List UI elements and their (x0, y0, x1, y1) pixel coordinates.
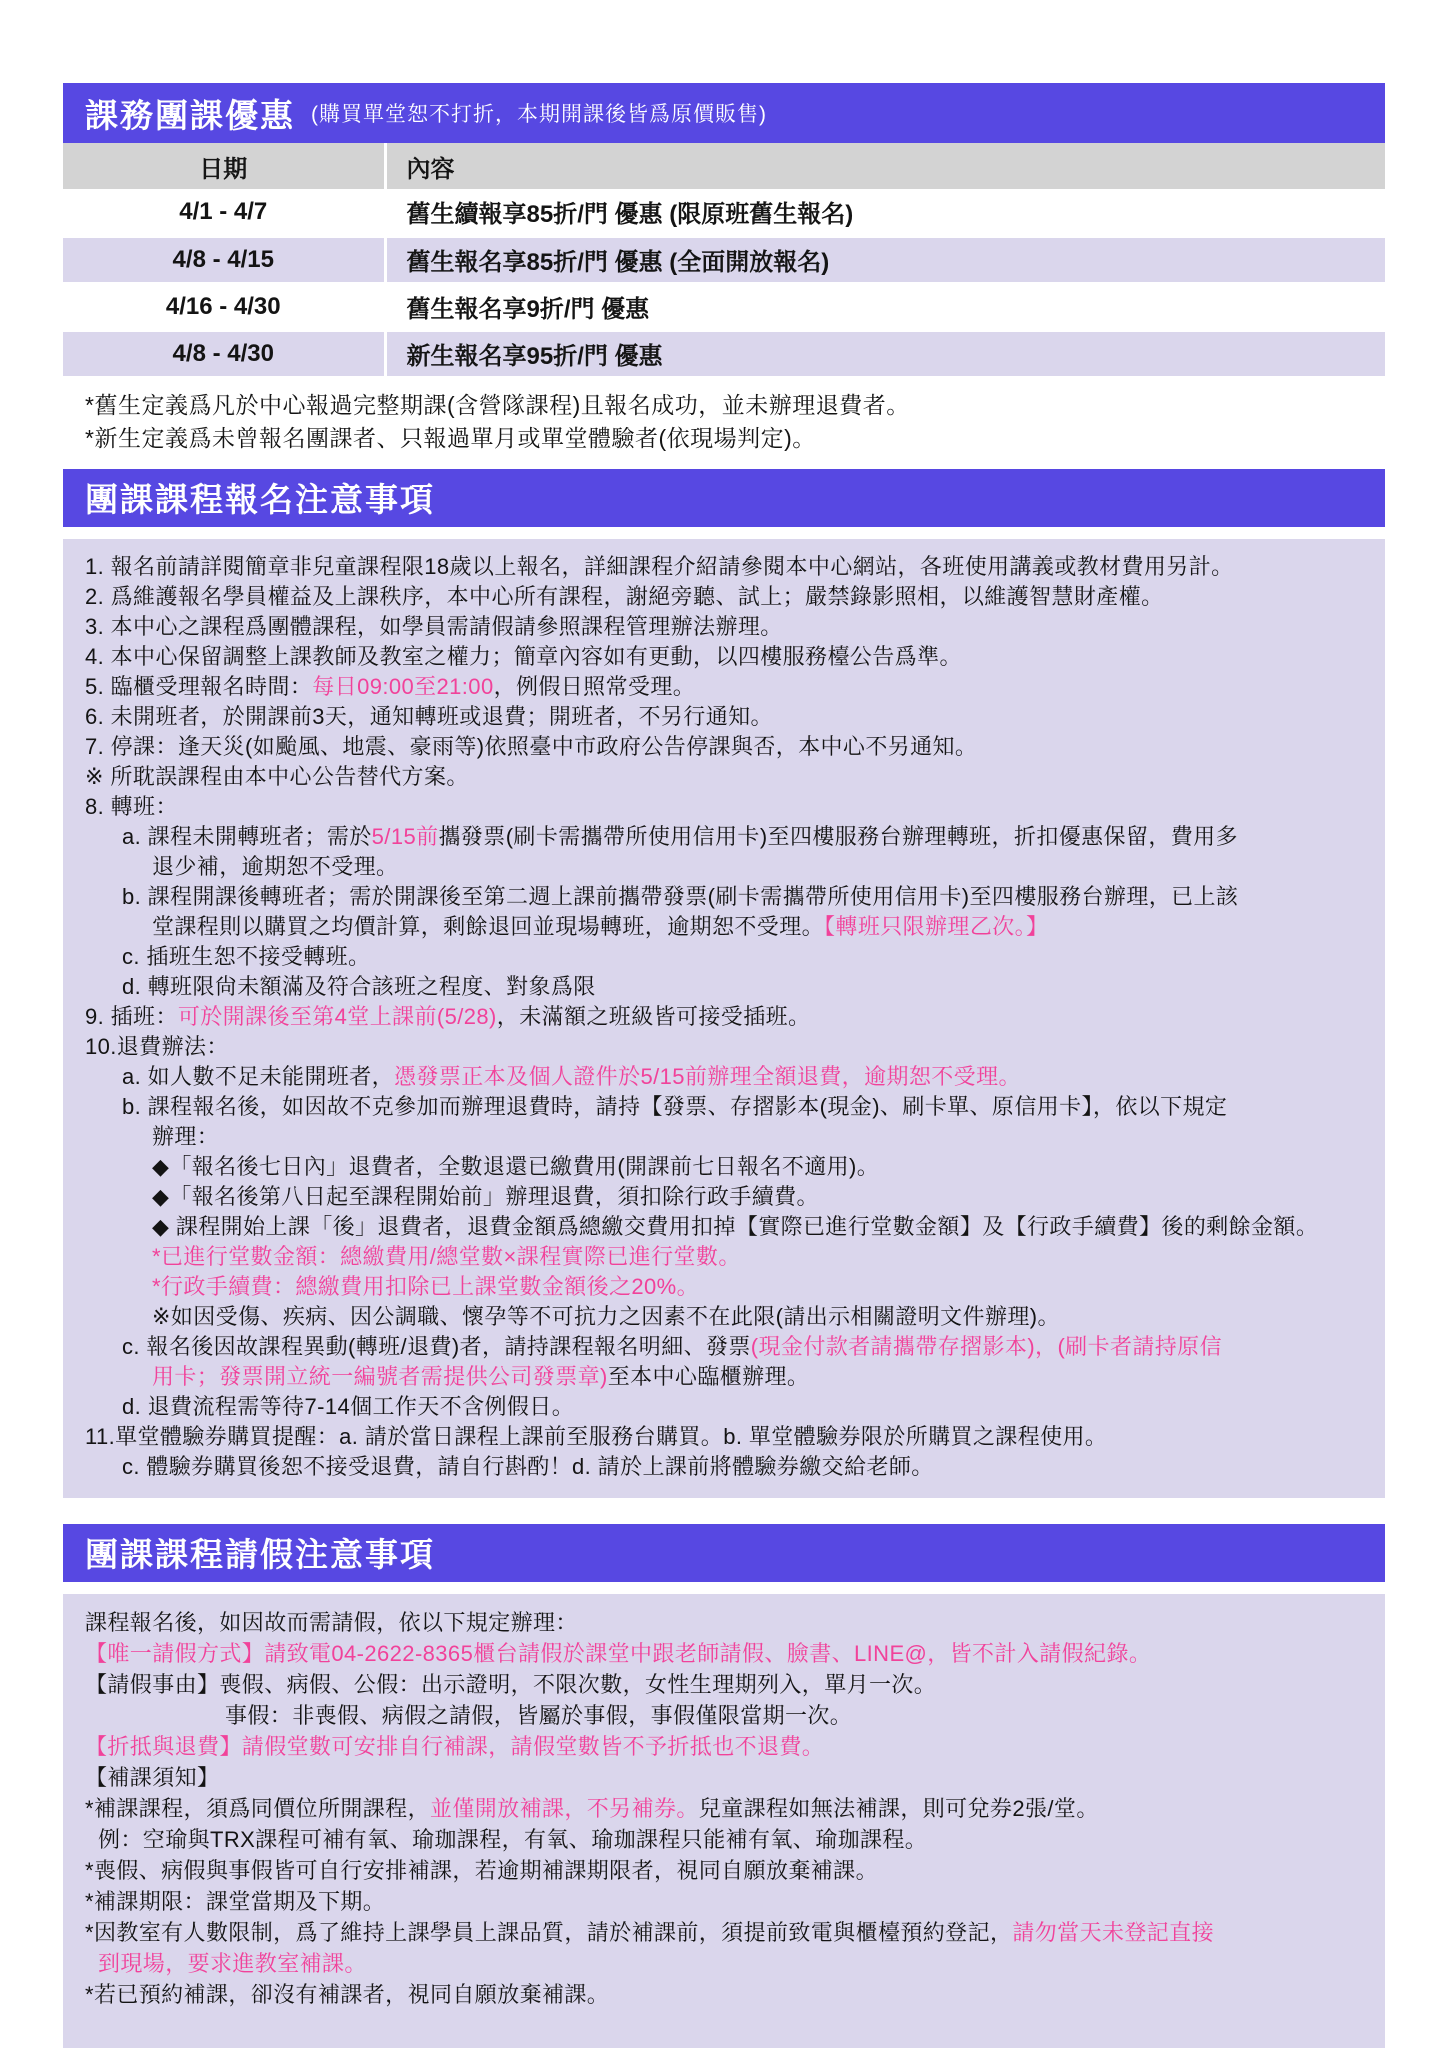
notice-line: 6. 未開班者，於開課前3天，通知轉班或退費；開班者，不另行通知。 (85, 702, 1365, 732)
promo-header: 課務團課優惠 (購買單堂恕不打折，本期開課後皆爲原價販售) (63, 83, 1385, 143)
notice-text: 課程報名後，如因故而需請假，依以下規定辦理： (85, 1610, 578, 1635)
notice-text: 7. 停課：逢天災(如颱風、地震、豪雨等)依照臺中市政府公告停課與否，本中心不另… (85, 734, 977, 759)
notice-line: c. 報名後因故課程異動(轉班/退費)者，請持課程報名明細、發票(現金付款者請攜… (85, 1332, 1365, 1362)
notice-text: 3. 本中心之課程爲團體課程，如學員需請假請參照課程管理辦法辦理。 (85, 614, 783, 639)
highlighted-text: 用卡；發票開立統一編號者需提供公司發票章) (152, 1364, 608, 1389)
promo-subtitle: (購買單堂恕不打折，本期開課後皆爲原價販售) (311, 98, 767, 128)
content-cell: 舊生報名享85折/門 優惠 (全面開放報名) (385, 236, 1385, 283)
notice-text: 11.單堂體驗券購買提醒：a. 請於當日課程上課前至服務台購買。b. 單堂體驗券… (85, 1424, 1107, 1449)
notice-text: 攜發票(刷卡需攜帶所使用信用卡)至四樓服務台辦理轉班，折扣優惠保留，費用多 (439, 824, 1238, 849)
notice-line: 4. 本中心保留調整上課教師及教室之權力；簡章內容如有更動，以四樓服務檯公告爲準… (85, 642, 1365, 672)
notice-line: 5. 臨櫃受理報名時間：每日09:00至21:00，例假日照常受理。 (85, 672, 1365, 702)
content-cell: 舊生報名享9折/門 優惠 (385, 283, 1385, 330)
notice-line: a. 課程未開轉班者；需於5/15前攜發票(刷卡需攜帶所使用信用卡)至四樓服務台… (85, 822, 1365, 852)
promo-table-body: 4/1 - 4/7舊生續報享85折/門 優惠 (限原班舊生報名)4/8 - 4/… (63, 189, 1385, 377)
notice-line: *因教室有人數限制，爲了維持上課學員上課品質，請於補課前，須提前致電與櫃檯預約登… (85, 1917, 1365, 1948)
notice-text: ◆ 課程開始上課「後」退費者，退費金額爲總繳交費用扣掉【實際已進行堂數金額】及【… (152, 1214, 1318, 1239)
notice-text: c. 報名後因故課程異動(轉班/退費)者，請持課程報名明細、發票 (122, 1334, 751, 1359)
table-header-content: 內容 (385, 143, 1385, 189)
notice-text: a. 課程未開轉班者；需於 (122, 824, 372, 849)
notice-line: *已進行堂數金額：總繳費用/總堂數×課程實際已進行堂數。 (85, 1242, 1365, 1272)
notice-text: d. 轉班限尙未額滿及符合該班之程度、對象爲限 (122, 974, 596, 999)
highlighted-text: 【轉班只限辦理乙次。】 (824, 914, 1048, 939)
notice-text: ◆「報名後七日內」退費者，全數退還已繳費用(開課前七日報名不適用)。 (152, 1154, 879, 1179)
notice-line: 1. 報名前請詳閱簡章非兒童課程限18歲以上報名，詳細課程介紹請參閱本中心網站，… (85, 552, 1365, 582)
leave-header: 團課課程請假注意事項 (63, 1524, 1385, 1582)
notice-line: 用卡；發票開立統一編號者需提供公司發票章)至本中心臨櫃辦理。 (85, 1362, 1365, 1392)
promo-title: 課務團課優惠 (85, 90, 295, 137)
notice-line: 課程報名後，如因故而需請假，依以下規定辦理： (85, 1607, 1365, 1638)
date-cell: 4/8 - 4/15 (63, 236, 385, 283)
notice-text: 2. 爲維護報名學員權益及上課秩序，本中心所有課程，謝絕旁聽、試上；嚴禁錄影照相… (85, 584, 1163, 609)
notice-text: *補課期限：課堂當期及下期。 (85, 1889, 385, 1914)
notice-text: 6. 未開班者，於開課前3天，通知轉班或退費；開班者，不另行通知。 (85, 704, 773, 729)
notice-text: c. 插班生恕不接受轉班。 (122, 944, 370, 969)
table-header-date: 日期 (63, 143, 385, 189)
notice-text: 8. 轉班： (85, 794, 178, 819)
notice-text: b. 課程報名後，如因故不克參加而辦理退費時，請持【發票、存摺影本(現金)、刷卡… (122, 1094, 1227, 1119)
notice-text: ，未滿額之班級皆可接受插班。 (497, 1004, 811, 1029)
notice-text: 5. 臨櫃受理報名時間： (85, 674, 312, 699)
highlighted-text: 可於開課後至第4堂上課前(5/28) (178, 1004, 497, 1029)
content-cell: 新生報名享95折/門 優惠 (385, 330, 1385, 377)
footnote: *新生定義爲未曾報名團課者、只報過單月或單堂體驗者(依現場判定)。 (85, 422, 1385, 455)
notice-text: 【請假事由】喪假、病假、公假：出示證明，不限次數，女性生理期列入，單月一次。 (85, 1672, 936, 1697)
notice-line: *若已預約補課，卻沒有補課者，視同自願放棄補課。 (85, 1979, 1365, 2010)
table-header-row: 日期 內容 (63, 143, 1385, 189)
notice-text: a. 如人數不足未能開班者， (122, 1064, 394, 1089)
notice-line: d. 轉班限尙未額滿及符合該班之程度、對象爲限 (85, 972, 1365, 1002)
table-row: 4/16 - 4/30舊生報名享9折/門 優惠 (63, 283, 1385, 330)
notice-line: *補課課程，須爲同價位所開課程，並僅開放補課，不另補券。兒童課程如無法補課，則可… (85, 1793, 1365, 1824)
registration-header: 團課課程報名注意事項 (63, 469, 1385, 527)
notice-text: *因教室有人數限制，爲了維持上課學員上課品質，請於補課前，須提前致電與櫃檯預約登… (85, 1920, 1012, 1945)
notice-text: *若已預約補課，卻沒有補課者，視同自願放棄補課。 (85, 1982, 609, 2007)
notice-text: 兒童課程如無法補課，則可兌券2張/堂。 (699, 1796, 1099, 1821)
table-row: 4/1 - 4/7舊生續報享85折/門 優惠 (限原班舊生報名) (63, 189, 1385, 236)
promo-table: 日期 內容 4/1 - 4/7舊生續報享85折/門 優惠 (限原班舊生報名)4/… (63, 143, 1385, 379)
notice-line: 2. 爲維護報名學員權益及上課秩序，本中心所有課程，謝絕旁聽、試上；嚴禁錄影照相… (85, 582, 1365, 612)
notice-text: 9. 插班： (85, 1004, 178, 1029)
notice-line: 【唯一請假方式】請致電04-2622-8365櫃台請假於課堂中跟老師請假、臉書、… (85, 1638, 1365, 1669)
notice-line: ※ 所耽誤課程由本中心公告替代方案。 (85, 762, 1365, 792)
notice-line: ※如因受傷、疾病、因公調職、懷孕等不可抗力之因素不在此限(請出示相關證明文件辦理… (85, 1302, 1365, 1332)
notice-text: ※ 所耽誤課程由本中心公告替代方案。 (85, 764, 469, 789)
notice-text: ◆「報名後第八日起至課程開始前」辦理退費，須扣除行政手續費。 (152, 1184, 819, 1209)
leave-title: 團課課程請假注意事項 (85, 1529, 435, 1576)
notice-line: 10.退費辦法： (85, 1032, 1365, 1062)
table-row: 4/8 - 4/30新生報名享95折/門 優惠 (63, 330, 1385, 377)
notice-line: *行政手續費：總繳費用扣除已上課堂數金額後之20%。 (85, 1272, 1365, 1302)
highlighted-text: 並僅開放補課，不另補券。 (430, 1796, 699, 1821)
notice-text: 10.退費辦法： (85, 1034, 229, 1059)
promo-footnotes: *舊生定義爲凡於中心報過完整期課(含營隊課程)且報名成功，並未辦理退費者。*新生… (63, 379, 1385, 455)
notice-line: 3. 本中心之課程爲團體課程，如學員需請假請參照課程管理辦法辦理。 (85, 612, 1365, 642)
highlighted-text: 【唯一請假方式】請致電04-2622-8365櫃台請假於課堂中跟老師請假、臉書、… (85, 1641, 1151, 1666)
highlighted-text: 憑發票正本及個人證件於5/15前辦理全額退費，逾期恕不受理。 (394, 1064, 1021, 1089)
highlighted-text: *已進行堂數金額：總繳費用/總堂數×課程實際已進行堂數。 (152, 1244, 741, 1269)
footnote: *舊生定義爲凡於中心報過完整期課(含營隊課程)且報名成功，並未辦理退費者。 (85, 389, 1385, 422)
notice-line: ◆「報名後七日內」退費者，全數退還已繳費用(開課前七日報名不適用)。 (85, 1152, 1365, 1182)
notice-text: ※如因受傷、疾病、因公調職、懷孕等不可抗力之因素不在此限(請出示相關證明文件辦理… (152, 1304, 1060, 1329)
notice-line: a. 如人數不足未能開班者，憑發票正本及個人證件於5/15前辦理全額退費，逾期恕… (85, 1062, 1365, 1092)
registration-title: 團課課程報名注意事項 (85, 474, 435, 521)
notice-text: b. 課程開課後轉班者；需於開課後至第二週上課前攜帶發票(刷卡需攜帶所使用信用卡… (122, 884, 1238, 909)
course-notice-document: 課務團課優惠 (購買單堂恕不打折，本期開課後皆爲原價販售) 日期 內容 4/1 … (0, 0, 1448, 2048)
notice-line: 【補課須知】 (85, 1762, 1365, 1793)
notice-line: 【請假事由】喪假、病假、公假：出示證明，不限次數，女性生理期列入，單月一次。 (85, 1669, 1365, 1700)
notice-line: c. 體驗券購買後恕不接受退費，請自行斟酌！d. 請於上課前將體驗券繳交給老師。 (85, 1452, 1365, 1482)
notice-line: 8. 轉班： (85, 792, 1365, 822)
notice-line: c. 插班生恕不接受轉班。 (85, 942, 1365, 972)
registration-notes: 1. 報名前請詳閱簡章非兒童課程限18歲以上報名，詳細課程介紹請參閱本中心網站，… (63, 539, 1385, 1498)
notice-line: 退少補，逾期恕不受理。 (85, 852, 1365, 882)
leave-notes: 課程報名後，如因故而需請假，依以下規定辦理：【唯一請假方式】請致電04-2622… (63, 1594, 1385, 2048)
notice-line: 【折抵與退費】請假堂數可安排自行補課，請假堂數皆不予折抵也不退費。 (85, 1731, 1365, 1762)
notice-text: 4. 本中心保留調整上課教師及教室之權力；簡章內容如有更動，以四樓服務檯公告爲準… (85, 644, 962, 669)
notice-text: c. 體驗券購買後恕不接受退費，請自行斟酌！d. 請於上課前將體驗券繳交給老師。 (122, 1454, 934, 1479)
notice-text: *喪假、病假與事假皆可自行安排補課，若逾期補課期限者，視同自願放棄補課。 (85, 1858, 878, 1883)
notice-line: d. 退費流程需等待7-14個工作天不含例假日。 (85, 1392, 1365, 1422)
highlighted-text: (現金付款者請攜帶存摺影本)，(刷卡者請持原信 (751, 1334, 1222, 1359)
notice-line: 辦理： (85, 1122, 1365, 1152)
notice-line: 7. 停課：逢天災(如颱風、地震、豪雨等)依照臺中市政府公告停課與否，本中心不另… (85, 732, 1365, 762)
highlighted-text: 請勿當天未登記直接 (1012, 1920, 1214, 1945)
notice-line: ◆ 課程開始上課「後」退費者，退費金額爲總繳交費用扣掉【實際已進行堂數金額】及【… (85, 1212, 1365, 1242)
notice-text: ，例假日照常受理。 (494, 674, 696, 699)
notice-text: 【補課須知】 (85, 1765, 219, 1790)
content-cell: 舊生續報享85折/門 優惠 (限原班舊生報名) (385, 189, 1385, 236)
notice-line: *喪假、病假與事假皆可自行安排補課，若逾期補課期限者，視同自願放棄補課。 (85, 1855, 1365, 1886)
notice-line: ◆「報名後第八日起至課程開始前」辦理退費，須扣除行政手續費。 (85, 1182, 1365, 1212)
notice-line: *補課期限：課堂當期及下期。 (85, 1886, 1365, 1917)
notice-text: d. 退費流程需等待7-14個工作天不含例假日。 (122, 1394, 574, 1419)
notice-text: 辦理： (152, 1124, 219, 1149)
notice-text: 1. 報名前請詳閱簡章非兒童課程限18歲以上報名，詳細課程介紹請參閱本中心網站，… (85, 554, 1234, 579)
notice-line: 事假：非喪假、病假之請假，皆屬於事假，事假僅限當期一次。 (85, 1700, 1365, 1731)
table-row: 4/8 - 4/15舊生報名享85折/門 優惠 (全面開放報名) (63, 236, 1385, 283)
highlighted-text: 到現場，要求進教室補課。 (98, 1951, 367, 1976)
notice-text: 退少補，逾期恕不受理。 (152, 854, 398, 879)
notice-line: 9. 插班：可於開課後至第4堂上課前(5/28)，未滿額之班級皆可接受插班。 (85, 1002, 1365, 1032)
notice-text: *補課課程，須爲同價位所開課程， (85, 1796, 430, 1821)
notice-line: 堂課程則以購買之均價計算，剩餘退回並現場轉班，逾期恕不受理。【轉班只限辦理乙次。… (85, 912, 1365, 942)
date-cell: 4/16 - 4/30 (63, 283, 385, 330)
notice-line: b. 課程開課後轉班者；需於開課後至第二週上課前攜帶發票(刷卡需攜帶所使用信用卡… (85, 882, 1365, 912)
highlighted-text: 【折抵與退費】請假堂數可安排自行補課，請假堂數皆不予折抵也不退費。 (85, 1734, 824, 1759)
notice-line: b. 課程報名後，如因故不克參加而辦理退費時，請持【發票、存摺影本(現金)、刷卡… (85, 1092, 1365, 1122)
promo-table-head: 日期 內容 (63, 143, 1385, 189)
notice-text: 例：空瑜與TRX課程可補有氧、瑜珈課程，有氧、瑜珈課程只能補有氧、瑜珈課程。 (98, 1827, 927, 1852)
notice-line: 到現場，要求進教室補課。 (85, 1948, 1365, 1979)
notice-text: 事假：非喪假、病假之請假，皆屬於事假，事假僅限當期一次。 (225, 1703, 852, 1728)
notice-text: 至本中心臨櫃辦理。 (608, 1364, 810, 1389)
highlighted-text: 每日09:00至21:00 (312, 674, 493, 699)
notice-line: 例：空瑜與TRX課程可補有氧、瑜珈課程，有氧、瑜珈課程只能補有氧、瑜珈課程。 (85, 1824, 1365, 1855)
date-cell: 4/1 - 4/7 (63, 189, 385, 236)
highlighted-text: *行政手續費：總繳費用扣除已上課堂數金額後之20%。 (152, 1274, 699, 1299)
notice-text: 堂課程則以購買之均價計算，剩餘退回並現場轉班，逾期恕不受理。 (152, 914, 824, 939)
highlighted-text: 5/15前 (372, 824, 439, 849)
notice-line: 11.單堂體驗券購買提醒：a. 請於當日課程上課前至服務台購買。b. 單堂體驗券… (85, 1422, 1365, 1452)
date-cell: 4/8 - 4/30 (63, 330, 385, 377)
